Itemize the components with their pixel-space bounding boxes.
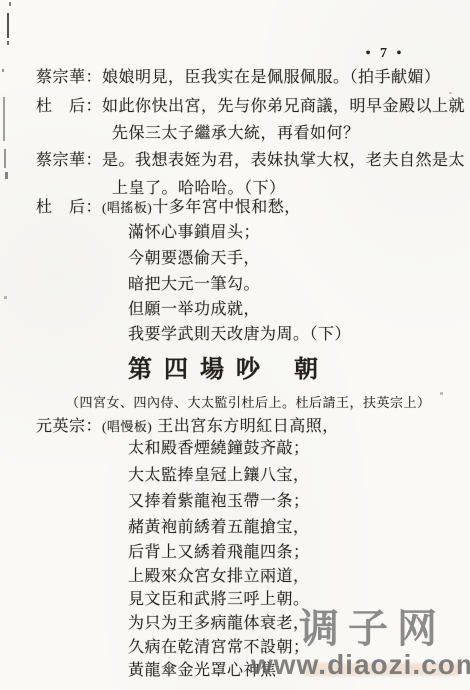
- scene-heading: 第四場吵朝: [0, 349, 458, 384]
- speaker-name: 元英宗：: [36, 418, 102, 435]
- dialogue-line: 蔡宗華：是。我想表姪为君，表妹执掌大权，老夫自然是太: [36, 151, 465, 170]
- aria-type-tag: (唱慢板): [102, 419, 152, 434]
- scan-artifact: [9, 2, 11, 6]
- dialogue-line-continuation: 先保三太子繼承大統，再看如何？: [112, 124, 360, 143]
- scan-artifact: [449, 92, 452, 94]
- scene-title-char: 吵: [236, 357, 272, 383]
- watermark-site-url: www.diaozi.com: [251, 651, 470, 679]
- scan-artifact: [4, 149, 6, 168]
- scan-artifact: [4, 296, 7, 299]
- scene-title-char: 朝: [294, 357, 330, 383]
- verse-line: 后背上又綉着飛龍四条；: [128, 543, 310, 562]
- verse-line: 滿怀心事鎖眉头；: [128, 223, 260, 242]
- scan-artifact: [440, 392, 443, 395]
- verse-line: 上殿來众宮女排立兩道，: [128, 567, 310, 586]
- scanned-script-page: • 7 • 蔡宗華：娘娘明見，臣我实在是佩服佩服。（拍手献媚） 杜 后：如此你快…: [0, 0, 470, 690]
- lyric-text: 王出宮东方明紅日高照，: [157, 418, 339, 435]
- verse-line: 为只为王多病龍体衰老，: [128, 614, 310, 633]
- scan-artifact: [3, 97, 5, 141]
- dialogue-line-continuation: 上皇了。哈哈哈。（下）: [112, 179, 286, 198]
- scan-artifact: [2, 69, 4, 72]
- verse-line: 赭黃袍前綉着五龍搶宝，: [128, 518, 310, 537]
- dialogue-line: 元英宗：(唱慢板)王出宮东方明紅日高照，: [36, 417, 339, 436]
- speaker-name: 杜 后：: [36, 199, 102, 216]
- scan-artifact: [5, 172, 8, 179]
- dialogue-line: 杜 后：(唱搖板)十多年宮中恨和愁，: [36, 198, 301, 217]
- scene-number-label: 第四場: [128, 357, 236, 383]
- verse-line: 今朝要憑偷天手，: [128, 249, 260, 268]
- stage-direction: （四宮女、四內侍、大太監引杜后上。杜后請王，扶英宗上）: [66, 392, 431, 411]
- dialogue-line: 蔡宗華：娘娘明見，臣我实在是佩服佩服。（拍手献媚）: [36, 68, 441, 87]
- lyric-text: 十多年宮中恨和愁，: [152, 199, 301, 216]
- verse-line: 太和殿香煙繞鐘鼓齐敲；: [128, 439, 310, 458]
- scan-artifact: [7, 13, 9, 38]
- page-number: • 7 •: [330, 46, 440, 62]
- aria-type-tag: (唱搖板): [102, 200, 152, 215]
- scan-artifact: [7, 41, 9, 45]
- verse-line: 暗把大元一筆勾。: [128, 275, 260, 294]
- verse-line: 大太監捧皇冠上鑲八宝，: [128, 466, 310, 485]
- watermark-site-name: 调子网: [299, 609, 446, 649]
- verse-line: 但願一举功成就，: [128, 300, 260, 319]
- verse-line: 我要学武則天改唐为周。（下）: [128, 325, 351, 344]
- verse-line: 見文臣和武將三呼上朝。: [128, 590, 310, 609]
- verse-line: 又捧着紫龍袍玉帶一条；: [128, 492, 310, 511]
- dialogue-line: 杜 后：如此你快出宮，先与你弟兄商議，明早金殿以上就: [36, 97, 465, 116]
